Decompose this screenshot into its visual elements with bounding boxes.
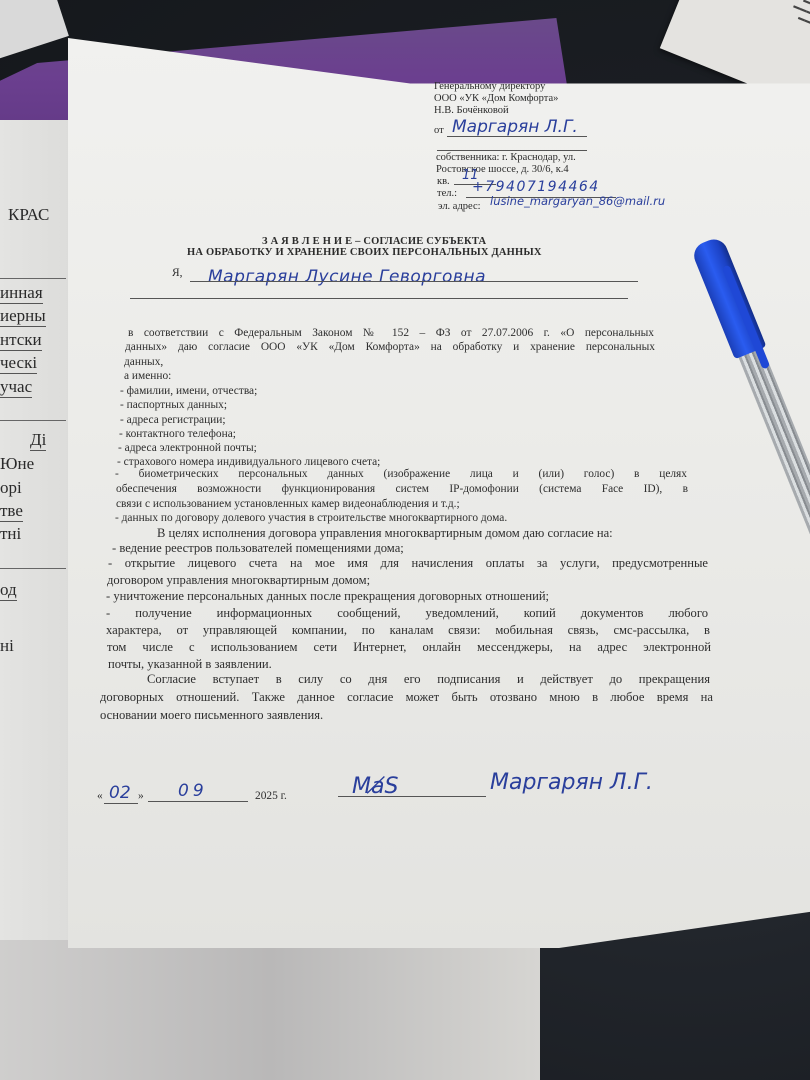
date-month-handwritten: 09: [178, 781, 208, 801]
left-sheet-fragment: ческі: [0, 353, 37, 374]
body-line: данных» даю согласие ООО «УК «Дом Комфор…: [125, 340, 655, 355]
date-close-quote: »: [138, 789, 144, 804]
date-day-handwritten: 02: [109, 783, 131, 803]
date-month-underline: [148, 801, 248, 802]
phone-handwritten: +79407194464: [472, 179, 600, 195]
left-sheet-rule: [0, 278, 66, 279]
body-line: - фамилии, имени, отчества;: [120, 384, 257, 399]
body-line: - контактного телефона;: [119, 427, 236, 442]
email-handwritten: lusine_margaryan_86@mail.ru: [490, 194, 665, 208]
body-line: том числе с использованием сети Интернет…: [107, 640, 711, 655]
left-sheet-fragment: нтски: [0, 330, 42, 351]
body-line: почты, указанной в заявлении.: [108, 657, 272, 672]
left-sheet-fragment: Юне: [0, 454, 34, 474]
left-sheet-rule: [0, 420, 66, 421]
body-line: - адреса регистрации;: [120, 413, 226, 428]
body-line: - уничтожение персональных данных после …: [106, 589, 549, 604]
lower-sheet-shadow: [0, 940, 540, 1080]
address-line: Ростовское шоссе, д. 30/6, к.4: [436, 163, 569, 176]
signature-name-handwritten: Маргарян Л.Г.: [490, 770, 653, 795]
body-line: - адреса электронной почты;: [118, 441, 257, 456]
body-line: - паспортных данных;: [120, 398, 227, 413]
left-sheet-fragment: орі: [0, 478, 22, 498]
body-line: - данных по договору долевого участия в …: [115, 511, 507, 526]
left-sheet-fragment: тні: [0, 524, 21, 544]
date-year: 2025 г.: [255, 789, 287, 804]
left-sheet-rule: [0, 568, 66, 569]
i-label: Я,: [172, 266, 182, 281]
body-line: договором управления многоквартирным дом…: [107, 573, 370, 588]
full-name-underline: [190, 281, 638, 282]
business-card-text: ▬▬▬▬▬▬▬▬▬▬▬▬▬▬▬▬ ▬▬▬▬▬▬▬ ▬▬▬▬▬: [716, 0, 810, 46]
body-line: - открытие лицевого счета на мое имя для…: [108, 556, 708, 571]
left-sheet-fragment: учас: [0, 377, 32, 398]
left-sheet-fragment: КРАС: [8, 205, 49, 225]
body-line: в соответствии с Федеральным Законом № 1…: [128, 326, 654, 341]
body-line: характера, от управляющей компании, по к…: [106, 623, 710, 638]
from-label: от: [434, 124, 444, 137]
body-line: данных,: [124, 355, 163, 370]
left-sheet-fragment: тве: [0, 501, 23, 522]
from-handwritten: Маргарян Л.Г.: [452, 117, 578, 137]
addressee-line-3: Н.В. Бочёнковой: [434, 104, 509, 117]
signature-underline: [338, 796, 486, 797]
email-label: эл. адрес:: [438, 200, 481, 213]
body-line: основании моего письменного заявления.: [100, 708, 323, 723]
left-sheet-fragment: инная: [0, 283, 43, 304]
body-line: В целях исполнения договора управления м…: [157, 526, 613, 541]
left-sheet-fragment: Ді: [30, 430, 46, 451]
date-day-underline: [104, 803, 138, 804]
full-name-underline-2: [130, 298, 628, 299]
left-sheet-fragment: ні: [0, 636, 14, 656]
body-line: а именно:: [124, 369, 171, 384]
phone-label: тел.:: [437, 187, 457, 200]
left-sheet-fragment: од: [0, 580, 17, 601]
full-name-handwritten: Маргарян Лусине Геворговна: [208, 267, 486, 287]
left-sheet-fragment: иерны: [0, 306, 46, 327]
from-underline: [447, 136, 587, 137]
body-line: - получение информационных сообщений, ув…: [106, 606, 708, 621]
document-title-line-2: НА ОБРАБОТКУ И ХРАНЕНИЕ СВОИХ ПЕРСОНАЛЬН…: [187, 247, 542, 258]
body-line: - ведение реестров пользователей помещен…: [112, 541, 404, 556]
body-line: договорных отношений. Также данное согла…: [100, 690, 713, 705]
body-line: Согласие вступает в силу со дня его подп…: [147, 672, 710, 687]
body-line: - биометрических персональных данных (из…: [115, 467, 687, 482]
document-title-line-1: З А Я В Л Е Н И Е – СОГЛАСИЕ СУБЪЕКТА: [262, 236, 486, 247]
body-line: связи с использованием установленных кам…: [116, 497, 460, 512]
body-line: обеспечения возможности функционирования…: [116, 482, 688, 497]
date-open-quote: «: [97, 789, 103, 804]
